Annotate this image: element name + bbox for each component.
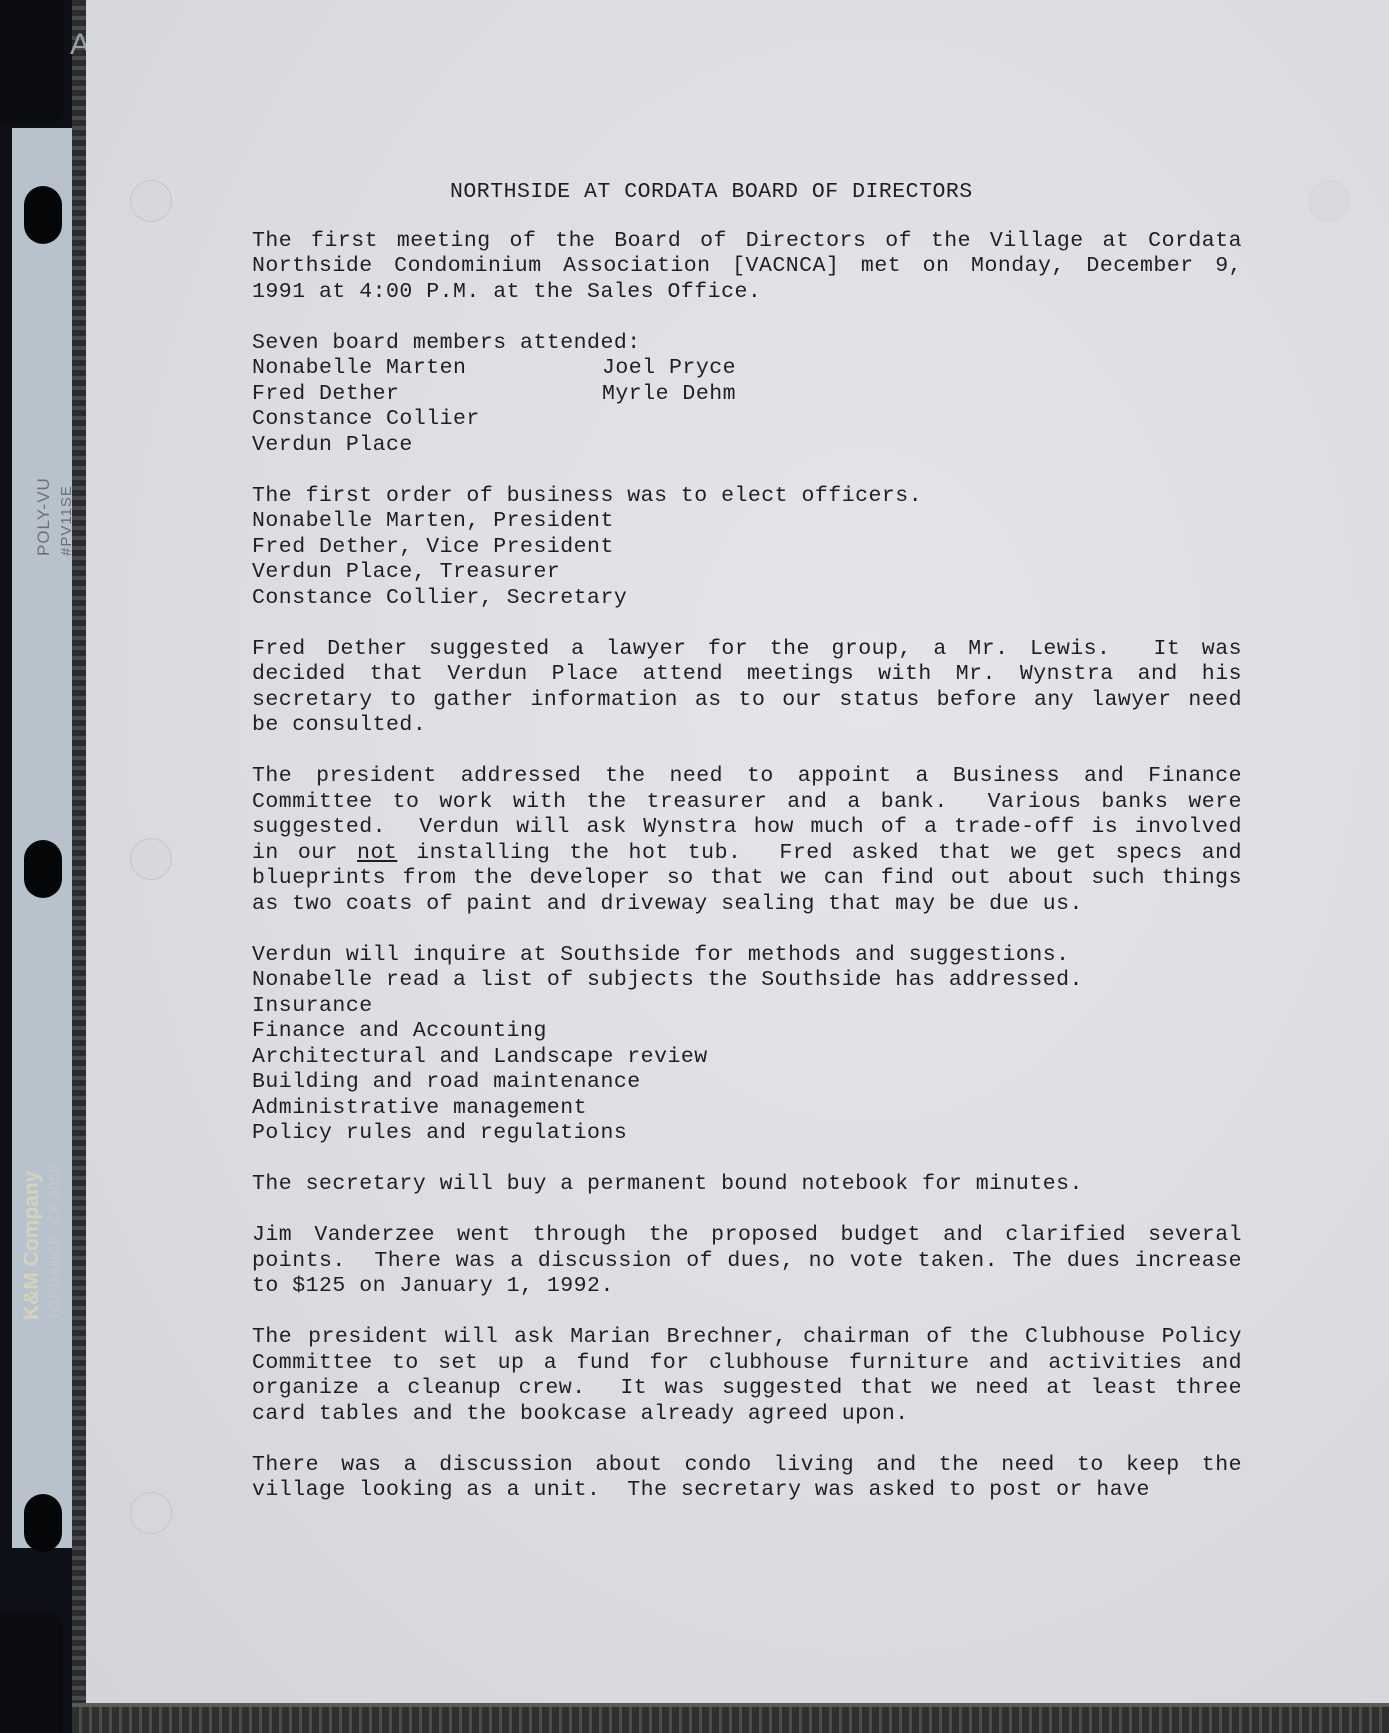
sleeve-brand-name: K&M Company bbox=[20, 1171, 44, 1320]
officer: Fred Dether, Vice President bbox=[252, 535, 1242, 561]
punch-hole-bottom bbox=[24, 1494, 62, 1552]
budget-paragraph: Jim Vanderzee went through the proposed … bbox=[252, 1223, 1242, 1300]
southside-line-1: Verdun will inquire at Southside for met… bbox=[252, 943, 1242, 969]
meeting-minutes: NORTHSIDE AT CORDATA BOARD OF DIRECTORS … bbox=[252, 180, 1242, 1529]
subject-item: Administrative management bbox=[252, 1096, 1242, 1122]
paper-punch-hole-bottom bbox=[130, 1492, 172, 1534]
attendee-column-2: Joel Pryce Myrle Dehm bbox=[602, 356, 902, 458]
officer: Nonabelle Marten, President bbox=[252, 509, 1242, 535]
lawyer-paragraph: Fred Dether suggested a lawyer for the g… bbox=[252, 637, 1242, 739]
condo-paragraph: There was a discussion about condo livin… bbox=[252, 1453, 1242, 1504]
subject-item: Finance and Accounting bbox=[252, 1019, 1242, 1045]
underlined-not: not bbox=[357, 841, 397, 865]
subject-item: Building and road maintenance bbox=[252, 1070, 1242, 1096]
finance-paragraph: The president addressed the need to appo… bbox=[252, 764, 1242, 917]
attendance-section: Seven board members attended: Nonabelle … bbox=[252, 331, 1242, 459]
attendance-heading: Seven board members attended: bbox=[252, 331, 1242, 357]
notebook-paragraph: The secretary will buy a permanent bound… bbox=[252, 1172, 1242, 1198]
sleeve-top-tab bbox=[0, 0, 64, 124]
subject-item: Policy rules and regulations bbox=[252, 1121, 1242, 1147]
punch-hole-top bbox=[24, 186, 62, 244]
subject-item: Insurance bbox=[252, 994, 1242, 1020]
southside-line-2: Nonabelle read a list of subjects the So… bbox=[252, 968, 1242, 994]
officers-heading: The first order of business was to elect… bbox=[252, 484, 1242, 510]
attendee: Myrle Dehm bbox=[602, 382, 902, 408]
document-title: NORTHSIDE AT CORDATA BOARD OF DIRECTORS bbox=[252, 180, 1242, 206]
finance-text-2: installing the hot tub. Fred asked that … bbox=[252, 841, 1255, 916]
intro-paragraph: The first meeting of the Board of Direct… bbox=[252, 229, 1242, 306]
attendee: Constance Collier bbox=[252, 407, 602, 433]
sleeve-rail bbox=[72, 0, 86, 1733]
sleeve-brand-location: TORRANCE, CA 9050 bbox=[46, 1163, 62, 1320]
officers-section: The first order of business was to elect… bbox=[252, 484, 1242, 612]
paper-punch-hole-top bbox=[130, 180, 172, 222]
sleeve-product-code: POLY-VU bbox=[34, 477, 54, 556]
sleeve-strip bbox=[12, 128, 72, 1548]
officer: Verdun Place, Treasurer bbox=[252, 560, 1242, 586]
paper-mark-right bbox=[1308, 180, 1350, 222]
subject-item: Architectural and Landscape review bbox=[252, 1045, 1242, 1071]
attendee: Nonabelle Marten bbox=[252, 356, 602, 382]
southside-section: Verdun will inquire at Southside for met… bbox=[252, 943, 1242, 1147]
attendee: Fred Dether bbox=[252, 382, 602, 408]
punch-hole-middle bbox=[24, 840, 62, 898]
sleeve-bottom-tab bbox=[0, 1612, 63, 1733]
sleeve-bottom-rail bbox=[72, 1703, 1389, 1733]
officer: Constance Collier, Secretary bbox=[252, 586, 1242, 612]
attendee: Joel Pryce bbox=[602, 356, 902, 382]
clubhouse-paragraph: The president will ask Marian Brechner, … bbox=[252, 1325, 1242, 1427]
paper-punch-hole-middle bbox=[130, 838, 172, 880]
attendee-list: Nonabelle Marten Fred Dether Constance C… bbox=[252, 356, 1242, 458]
attendee: Verdun Place bbox=[252, 433, 602, 459]
attendee-column-1: Nonabelle Marten Fred Dether Constance C… bbox=[252, 356, 602, 458]
